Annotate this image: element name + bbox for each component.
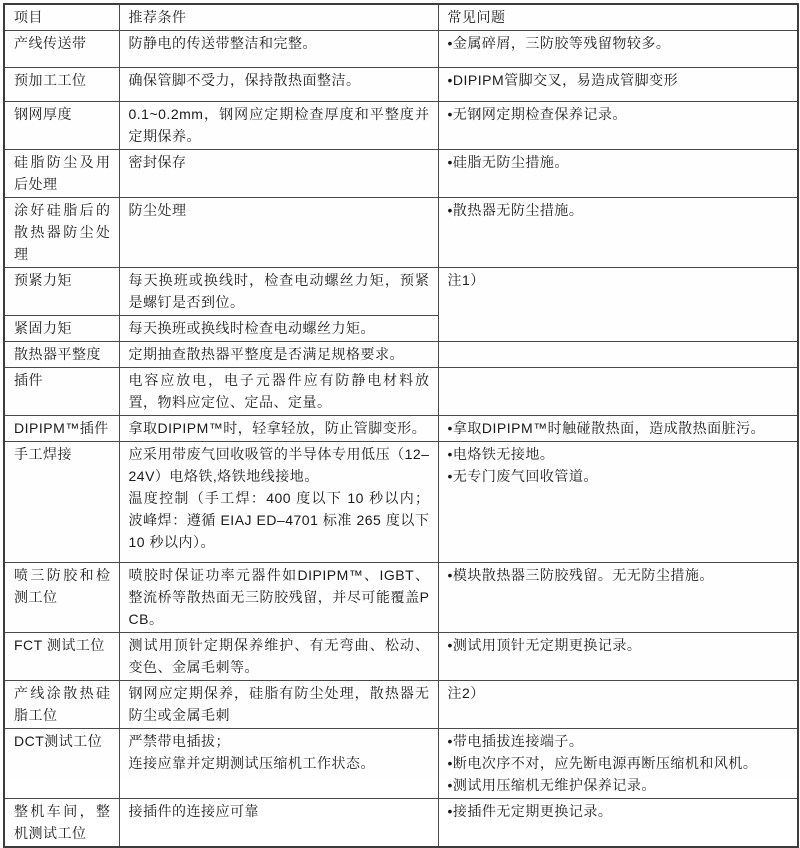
bullet-text: •DIPIPM管脚交叉，易造成管脚变形 xyxy=(448,69,790,91)
problems-cell: •带电插拔连接端子。 •断电次序不对，应先断电源再断压缩机和风机。 •测试用压缩… xyxy=(438,729,798,799)
problems-cell: •无钢网定期检查保养记录。 xyxy=(438,102,798,150)
bullet-text: •带电插拔连接端子。 xyxy=(448,730,790,752)
bullet-text: •无钢网定期检查保养记录。 xyxy=(448,103,790,125)
cell-text: 连接应靠并定期测试压缩机工作状态。 xyxy=(129,752,430,774)
item-cell: 喷三防胶和检测工位 xyxy=(4,563,119,633)
cell-text: 接插件的连接应可靠 xyxy=(129,800,430,822)
table-row: 产线涂散热硅脂工位 钢网应定期保养，硅脂有防尘处理，散热器无防尘或金属毛刺 注2… xyxy=(4,681,798,729)
bullet-text: •散热器无防尘措施。 xyxy=(448,199,790,221)
cell-text: 定期抽查散热器平整度是否满足规格要求。 xyxy=(129,343,430,365)
bullet-text: •无专门废气回收管道。 xyxy=(448,465,790,487)
item-cell: 预紧力矩 xyxy=(4,268,119,316)
item-cell: 散热器平整度 xyxy=(4,342,119,368)
condition-cell: 密封保存 xyxy=(119,150,438,198)
table-row: 产线传送带 防静电的传送带整洁和完整。 •金属碎屑，三防胶等残留物较多。 xyxy=(4,31,798,68)
problems-cell: •模块散热器三防胶残留。无无防尘措施。 xyxy=(438,563,798,633)
condition-cell: 防静电的传送带整洁和完整。 xyxy=(119,31,438,68)
table-row: 手工焊接 应采用带废气回收吸管的半导体专用低压（12–24V）电烙铁,烙铁地线接… xyxy=(4,442,798,563)
cell-text: 电容应放电，电子元器件应有防静电材料放置，物料应定位、定品、定量。 xyxy=(129,369,430,413)
cell-text: 产线传送带 xyxy=(14,32,111,54)
problems-cell: •测试用顶针无定期更换记录。 xyxy=(438,633,798,681)
header-row: 项目 推荐条件 常见问题 xyxy=(4,4,798,31)
condition-cell: 每天换班或换线时检查电动螺丝力矩。 xyxy=(119,316,438,342)
condition-cell: 定期抽查散热器平整度是否满足规格要求。 xyxy=(119,342,438,368)
bullet-text: •接插件无定期更换记录。 xyxy=(448,800,790,822)
note-text: 注2） xyxy=(448,682,790,704)
condition-cell: 喷胶时保证功率元器件如DIPIPM™、IGBT、整流桥等散热面无三防胶残留，并尽… xyxy=(119,563,438,633)
item-cell: FCT 测试工位 xyxy=(4,633,119,681)
condition-cell: 钢网应定期保养，硅脂有防尘处理，散热器无防尘或金属毛刺 xyxy=(119,681,438,729)
cell-text: 每天换班或换线时，检查电动螺丝力矩，预紧是螺钉是否到位。 xyxy=(129,269,430,313)
table-row: 硅脂防尘及用后处理 密封保存 •硅脂无防尘措施。 xyxy=(4,150,798,198)
problems-cell: •DIPIPM管脚交叉，易造成管脚变形 xyxy=(438,68,798,102)
item-cell: 手工焊接 xyxy=(4,442,119,563)
table-row: 预紧力矩 每天换班或换线时，检查电动螺丝力矩，预紧是螺钉是否到位。 注1） xyxy=(4,268,798,316)
item-cell: 产线传送带 xyxy=(4,31,119,68)
condition-cell: 测试用顶针定期保养维护、有无弯曲、松动、变色、金属毛刺等。 xyxy=(119,633,438,681)
cell-text: 钢网应定期保养，硅脂有防尘处理，散热器无防尘或金属毛刺 xyxy=(129,682,430,726)
note-text: 注1） xyxy=(448,269,790,291)
problems-cell: 注1） xyxy=(438,268,798,342)
table-row: DCT测试工位 严禁带电插拔； 连接应靠并定期测试压缩机工作状态。 •带电插拔连… xyxy=(4,729,798,799)
item-cell: 硅脂防尘及用后处理 xyxy=(4,150,119,198)
item-cell: 产线涂散热硅脂工位 xyxy=(4,681,119,729)
condition-cell: 接插件的连接应可靠 xyxy=(119,799,438,848)
cell-text: 插件 xyxy=(14,369,111,391)
problems-cell: •接插件无定期更换记录。 xyxy=(438,799,798,848)
cell-text: 钢网厚度 xyxy=(14,103,111,125)
bullet-text: •金属碎屑，三防胶等残留物较多。 xyxy=(448,32,790,54)
cell-text: 散热器平整度 xyxy=(14,343,111,365)
cell-text: 产线涂散热硅脂工位 xyxy=(14,682,111,726)
item-cell: 涂好硅脂后的散热器防尘处理 xyxy=(4,198,119,268)
cell-text: 涂好硅脂后的散热器防尘处理 xyxy=(14,199,111,265)
bullet-text: •测试用顶针无定期更换记录。 xyxy=(448,634,790,656)
item-cell: 预加工工位 xyxy=(4,68,119,102)
table-row: 插件 电容应放电，电子元器件应有防静电材料放置，物料应定位、定品、定量。 xyxy=(4,368,798,416)
condition-cell: 每天换班或换线时，检查电动螺丝力矩，预紧是螺钉是否到位。 xyxy=(119,268,438,316)
item-cell: DCT测试工位 xyxy=(4,729,119,799)
item-cell: 整机车间，整机测试工位 xyxy=(4,799,119,848)
problems-cell: •硅脂无防尘措施。 xyxy=(438,150,798,198)
bullet-text: •测试用压缩机无维护保养记录。 xyxy=(448,774,790,796)
bullet-text: •断电次序不对，应先断电源再断压缩机和风机。 xyxy=(448,752,790,774)
condition-cell: 0.1~0.2mm，钢网应定期检查厚度和平整度并定期保养。 xyxy=(119,102,438,150)
condition-cell: 应采用带废气回收吸管的半导体专用低压（12–24V）电烙铁,烙铁地线接地。 温度… xyxy=(119,442,438,563)
cell-text: 温度控制（手工焊：400 度以下 10 秒以内；波峰焊：遵循 EIAJ ED–4… xyxy=(129,487,430,553)
item-cell: 插件 xyxy=(4,368,119,416)
cell-text: 喷三防胶和检测工位 xyxy=(14,564,111,608)
column-header-problems: 常见问题 xyxy=(438,4,798,31)
problems-cell: •拿取DIPIPM™时触碰散热面，造成散热面脏污。 xyxy=(438,416,798,442)
document-page: 项目 推荐条件 常见问题 产线传送带 防静电的传送带整洁和完整。 •金属碎屑，三… xyxy=(0,0,800,781)
bullet-text: •硅脂无防尘措施。 xyxy=(448,151,790,173)
cell-text: 严禁带电插拔； xyxy=(129,730,430,752)
table-row: 散热器平整度 定期抽查散热器平整度是否满足规格要求。 xyxy=(4,342,798,368)
cell-text: 确保管脚不受力，保持散热面整洁。 xyxy=(129,69,430,91)
problems-cell: •电烙铁无接地。 •无专门废气回收管道。 xyxy=(438,442,798,563)
cell-text: 防尘处理 xyxy=(129,199,430,221)
cell-text: FCT 测试工位 xyxy=(14,634,111,656)
problems-cell: •金属碎屑，三防胶等残留物较多。 xyxy=(438,31,798,68)
cell-text: 防静电的传送带整洁和完整。 xyxy=(129,32,430,54)
condition-cell: 确保管脚不受力，保持散热面整洁。 xyxy=(119,68,438,102)
bullet-text: •拿取DIPIPM™时触碰散热面，造成散热面脏污。 xyxy=(448,417,790,439)
cell-text: 应采用带废气回收吸管的半导体专用低压（12–24V）电烙铁,烙铁地线接地。 xyxy=(129,443,430,487)
table-row: 喷三防胶和检测工位 喷胶时保证功率元器件如DIPIPM™、IGBT、整流桥等散热… xyxy=(4,563,798,633)
cell-text: 预紧力矩 xyxy=(14,269,111,291)
condition-cell: 拿取DIPIPM™时，轻拿轻放，防止管脚变形。 xyxy=(119,416,438,442)
cell-text: 密封保存 xyxy=(129,151,430,173)
cell-text: 喷胶时保证功率元器件如DIPIPM™、IGBT、整流桥等散热面无三防胶残留，并尽… xyxy=(129,564,430,630)
item-cell: 紧固力矩 xyxy=(4,316,119,342)
problems-cell xyxy=(438,342,798,368)
process-recommendation-table: 项目 推荐条件 常见问题 产线传送带 防静电的传送带整洁和完整。 •金属碎屑，三… xyxy=(3,3,799,848)
cell-text: 每天换班或换线时检查电动螺丝力矩。 xyxy=(129,317,430,339)
item-cell: DIPIPM™插件 xyxy=(4,416,119,442)
column-header-item: 项目 xyxy=(4,4,119,31)
problems-cell xyxy=(438,368,798,416)
bullet-text: •模块散热器三防胶残留。无无防尘措施。 xyxy=(448,564,790,586)
bullet-text: •电烙铁无接地。 xyxy=(448,443,790,465)
cell-text: 紧固力矩 xyxy=(14,317,111,339)
condition-cell: 严禁带电插拔； 连接应靠并定期测试压缩机工作状态。 xyxy=(119,729,438,799)
cell-text: 测试用顶针定期保养维护、有无弯曲、松动、变色、金属毛刺等。 xyxy=(129,634,430,678)
table-row: 整机车间，整机测试工位 接插件的连接应可靠 •接插件无定期更换记录。 xyxy=(4,799,798,848)
condition-cell: 防尘处理 xyxy=(119,198,438,268)
cell-text: 硅脂防尘及用后处理 xyxy=(14,151,111,195)
table-row: 涂好硅脂后的散热器防尘处理 防尘处理 •散热器无防尘措施。 xyxy=(4,198,798,268)
cell-text: 预加工工位 xyxy=(14,69,111,91)
table-row: 钢网厚度 0.1~0.2mm，钢网应定期检查厚度和平整度并定期保养。 •无钢网定… xyxy=(4,102,798,150)
cell-text: DCT测试工位 xyxy=(14,730,111,752)
condition-cell: 电容应放电，电子元器件应有防静电材料放置，物料应定位、定品、定量。 xyxy=(119,368,438,416)
cell-text: 整机车间，整机测试工位 xyxy=(14,800,111,844)
cell-text: 拿取DIPIPM™时，轻拿轻放，防止管脚变形。 xyxy=(129,417,430,439)
column-header-condition: 推荐条件 xyxy=(119,4,438,31)
table-row: DIPIPM™插件 拿取DIPIPM™时，轻拿轻放，防止管脚变形。 •拿取DIP… xyxy=(4,416,798,442)
cell-text: DIPIPM™插件 xyxy=(14,417,111,439)
item-cell: 钢网厚度 xyxy=(4,102,119,150)
cell-text: 0.1~0.2mm，钢网应定期检查厚度和平整度并定期保养。 xyxy=(129,103,430,147)
table-row: FCT 测试工位 测试用顶针定期保养维护、有无弯曲、松动、变色、金属毛刺等。 •… xyxy=(4,633,798,681)
table-row: 预加工工位 确保管脚不受力，保持散热面整洁。 •DIPIPM管脚交叉，易造成管脚… xyxy=(4,68,798,102)
problems-cell: 注2） xyxy=(438,681,798,729)
problems-cell: •散热器无防尘措施。 xyxy=(438,198,798,268)
cell-text: 手工焊接 xyxy=(14,443,111,465)
